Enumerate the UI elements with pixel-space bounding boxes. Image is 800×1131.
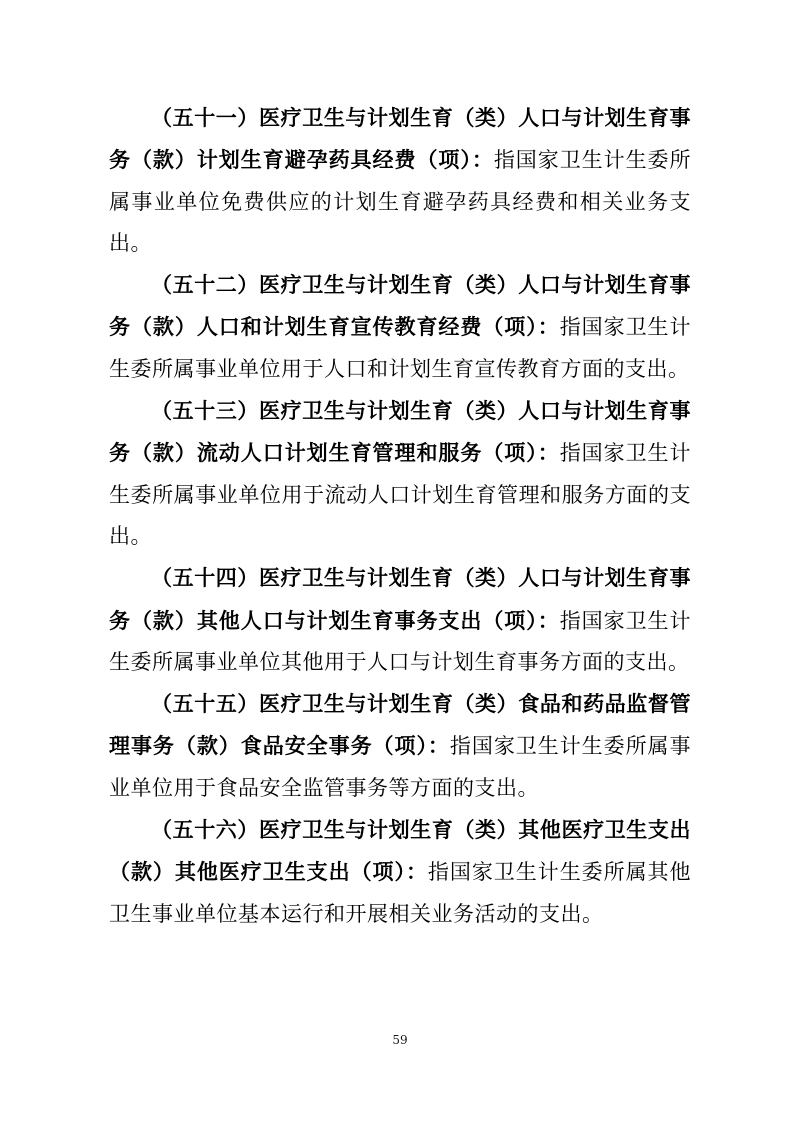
definition-paragraph: （五十六）医疗卫生与计划生育（类）其他医疗卫生支出（款）其他医疗卫生支出（项）：…	[109, 809, 691, 935]
document-body: （五十一）医疗卫生与计划生育（类）人口与计划生育事务（款）计划生育避孕药具经费（…	[109, 97, 691, 935]
definition-paragraph: （五十四）医疗卫生与计划生育（类）人口与计划生育事务（款）其他人口与计划生育事务…	[109, 557, 691, 683]
definition-paragraph: （五十二）医疗卫生与计划生育（类）人口与计划生育事务（款）人口和计划生育宣传教育…	[109, 264, 691, 390]
definition-paragraph: （五十一）医疗卫生与计划生育（类）人口与计划生育事务（款）计划生育避孕药具经费（…	[109, 97, 691, 264]
definition-paragraph: （五十五）医疗卫生与计划生育（类）食品和药品监督管理事务（款）食品安全事务（项）…	[109, 683, 691, 809]
definition-paragraph: （五十三）医疗卫生与计划生育（类）人口与计划生育事务（款）流动人口计划生育管理和…	[109, 390, 691, 557]
page-number: 59	[0, 1031, 800, 1049]
document-page: （五十一）医疗卫生与计划生育（类）人口与计划生育事务（款）计划生育避孕药具经费（…	[0, 0, 800, 1131]
